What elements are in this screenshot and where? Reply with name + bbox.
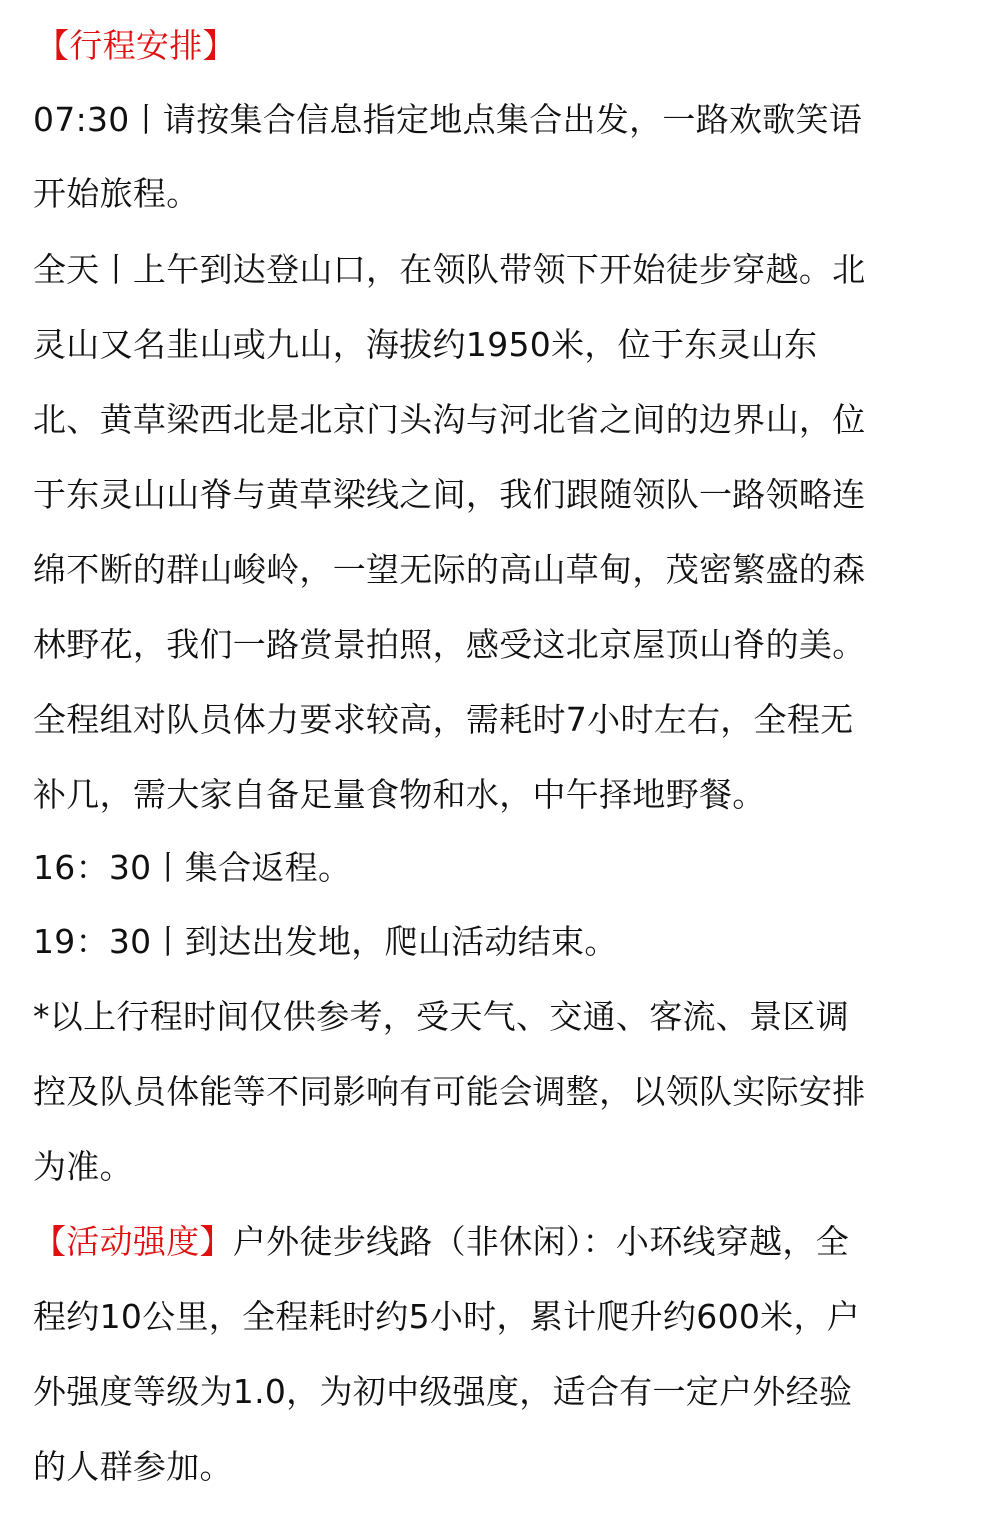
itinerary-note-line: 为准。 [33, 1145, 133, 1189]
itinerary-line: 19：30丨到达出发地，爬山活动结束。 [33, 920, 618, 964]
itinerary-line: 全程组对队员体力要求较高，需耗时7小时左右，全程无 [33, 698, 854, 742]
itinerary-line: 灵山又名韭山或九山，海拔约1950米，位于东灵山东 [33, 323, 817, 367]
intensity-heading: 【活动强度】 [33, 1222, 233, 1261]
itinerary-note-line: 控及队员体能等不同影响有可能会调整，以领队实际安排 [33, 1070, 866, 1114]
intensity-first-line: 【活动强度】户外徒步线路（非休闲）：小环线穿越，全 [33, 1220, 849, 1264]
itinerary-line: 07:30丨请按集合信息指定地点集合出发，一路欢歌笑语 [33, 98, 862, 142]
intensity-text: 户外徒步线路（非休闲）：小环线穿越，全 [233, 1222, 849, 1261]
itinerary-line: 补几，需大家自备足量食物和水，中午择地野餐。 [33, 773, 766, 817]
itinerary-heading: 【行程安排】 [36, 24, 236, 68]
itinerary-line: 全天丨上午到达登山口，在领队带领下开始徒步穿越。北 [33, 248, 866, 292]
itinerary-line: 林野花，我们一路赏景拍照，感受这北京屋顶山脊的美。 [33, 623, 866, 667]
intensity-line: 的人群参加。 [33, 1445, 233, 1489]
itinerary-line: 北、黄草梁西北是北京门头沟与河北省之间的边界山，位 [33, 398, 866, 442]
intensity-line: 外强度等级为1.0，为初中级强度，适合有一定户外经验 [33, 1370, 852, 1414]
itinerary-line: 绵不断的群山峻岭，一望无际的高山草甸，茂密繁盛的森 [33, 548, 866, 592]
itinerary-note-line: *以上行程时间仅供参考，受天气、交通、客流、景区调 [33, 995, 849, 1039]
itinerary-line: 16：30丨集合返程。 [33, 846, 351, 890]
itinerary-line: 于东灵山山脊与黄草梁线之间，我们跟随领队一路领略连 [33, 473, 866, 517]
intensity-line: 程约10公里，全程耗时约5小时，累计爬升约600米，户 [33, 1295, 860, 1339]
itinerary-line: 开始旅程。 [33, 172, 200, 216]
